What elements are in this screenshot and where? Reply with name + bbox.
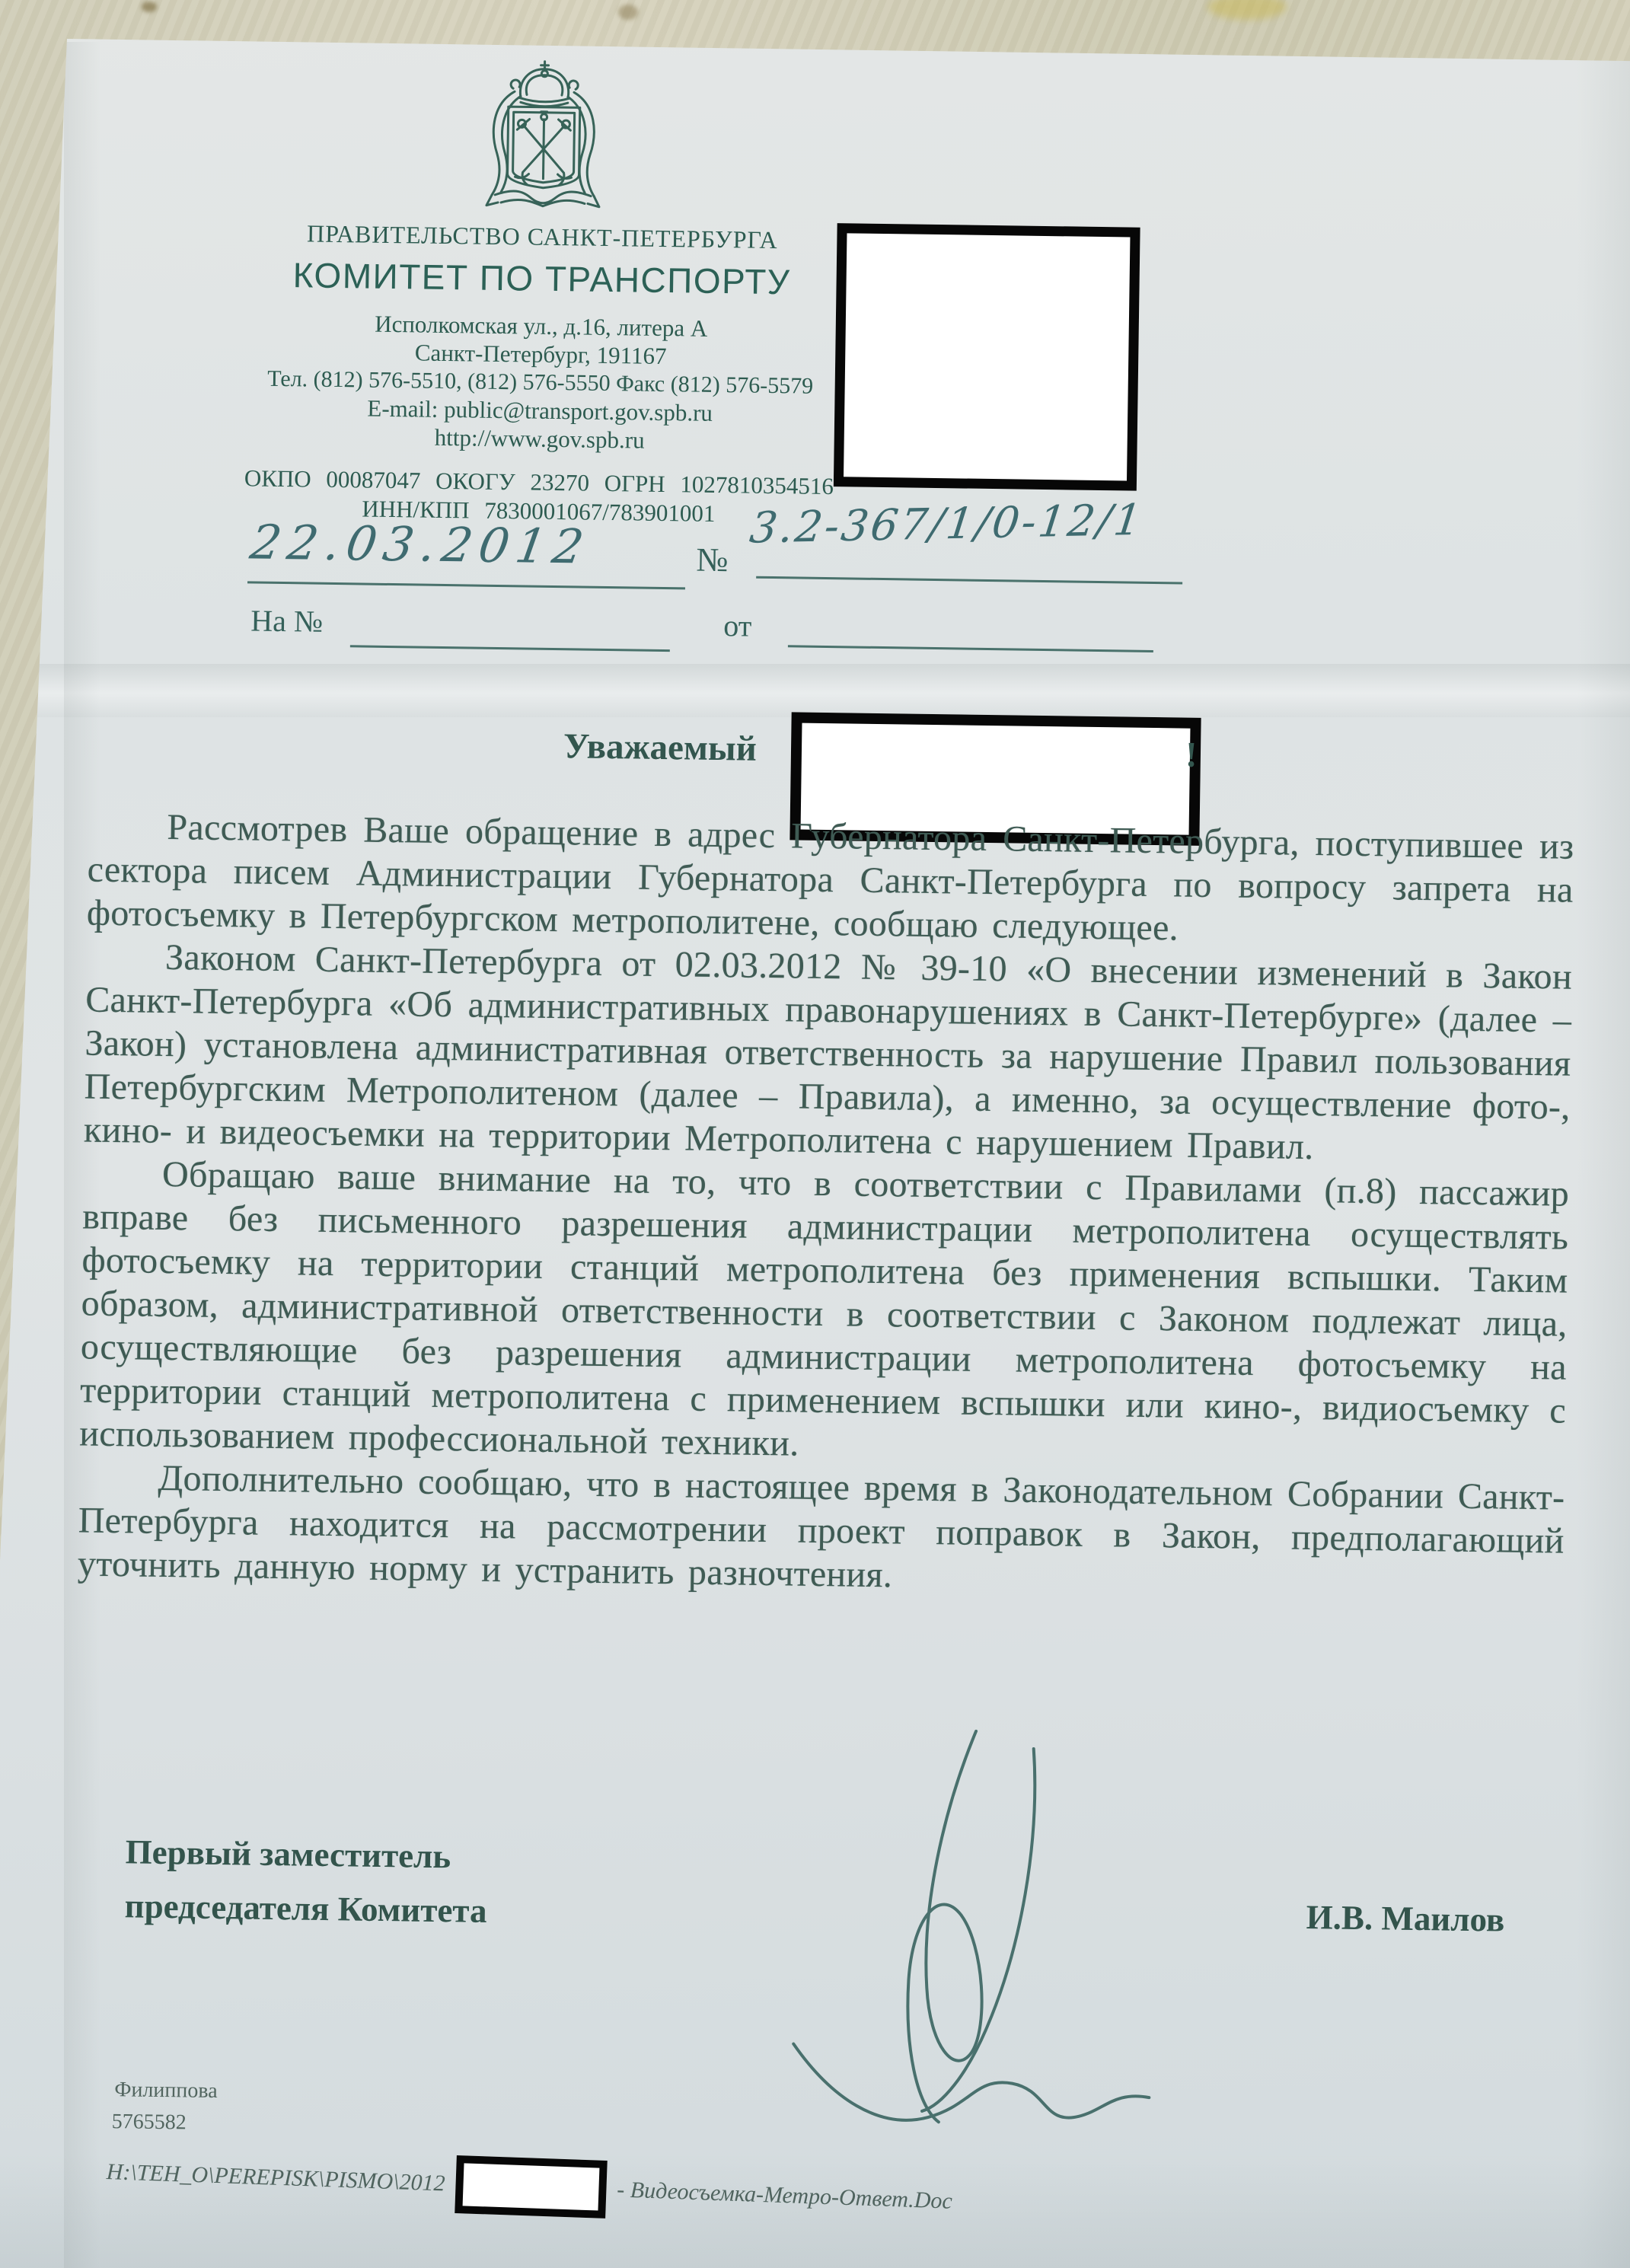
reply-to-label: На № bbox=[250, 602, 323, 639]
file-path-line: H:\TEH_O\PEREPISK\PISMO\2012 - Видеосъем… bbox=[106, 2143, 954, 2231]
signer-position: Первый заместитель председателя Комитета bbox=[124, 1825, 750, 1941]
photographed-letter: ПРАВИТЕЛЬСТВО САНКТ-ПЕТЕРБУРГА КОМИТЕТ П… bbox=[0, 0, 1630, 2268]
table-yellow-stain bbox=[1207, 0, 1287, 20]
salutation-exclamation: ! bbox=[1185, 735, 1198, 776]
executor-phone: 5765582 bbox=[112, 2110, 187, 2135]
body-paragraph-3: Обращаю ваше внимание на то, что в соотв… bbox=[79, 1151, 1569, 1475]
table-stain bbox=[618, 5, 638, 20]
date-underline bbox=[247, 581, 685, 589]
letter-content: ПРАВИТЕЛЬСТВО САНКТ-ПЕТЕРБУРГА КОМИТЕТ П… bbox=[36, 37, 1604, 2268]
letter-body: Рассмотрев Ваше обращение в адрес Губерн… bbox=[78, 804, 1574, 1606]
letterhead-government: ПРАВИТЕЛЬСТВО САНКТ-ПЕТЕРБУРГА bbox=[192, 215, 892, 257]
handwritten-signature bbox=[702, 1717, 1180, 2150]
spb-coat-of-arms-icon bbox=[478, 58, 610, 215]
body-paragraph-1: Рассмотрев Ваше обращение в адрес Губерн… bbox=[87, 804, 1574, 955]
signer-position-line2: председателя Комитета bbox=[124, 1879, 749, 1941]
table-crumb bbox=[142, 2, 157, 12]
outgoing-date-handwritten: 22.03.2012 bbox=[247, 515, 594, 575]
letterhead: ПРАВИТЕЛЬСТВО САНКТ-ПЕТЕРБУРГА КОМИТЕТ П… bbox=[188, 215, 893, 531]
outgoing-number-handwritten: 3.2-367/1/0-12/1 bbox=[747, 496, 1146, 553]
body-paragraph-2: Законом Санкт-Петербурга от 02.03.2012 №… bbox=[84, 934, 1573, 1172]
file-path-prefix: H:\TEH_O\PEREPISK\PISMO\2012 bbox=[106, 2159, 445, 2197]
reply-date-underline bbox=[788, 645, 1153, 652]
signer-name: И.В. Маилов bbox=[1306, 1897, 1504, 1940]
signer-position-line1: Первый заместитель bbox=[125, 1825, 750, 1887]
reply-number-underline bbox=[350, 645, 670, 652]
file-path-redaction-box bbox=[455, 2155, 608, 2219]
number-sign-label: № bbox=[696, 541, 729, 580]
reply-from-label: от bbox=[723, 608, 752, 644]
file-path-suffix: - Видеосъемка-Метро-Ответ.Doc bbox=[617, 2177, 953, 2214]
executor-name: Филиппова bbox=[114, 2078, 218, 2104]
letterhead-committee: КОМИТЕТ ПО ТРАНСПОРТУ bbox=[191, 252, 892, 305]
salutation-prefix: Уважаемый bbox=[563, 726, 757, 770]
number-underline bbox=[756, 576, 1182, 585]
addressee-redaction-box bbox=[834, 223, 1140, 491]
body-paragraph-4: Дополнительно сообщаю, что в настоящее в… bbox=[78, 1455, 1565, 1606]
